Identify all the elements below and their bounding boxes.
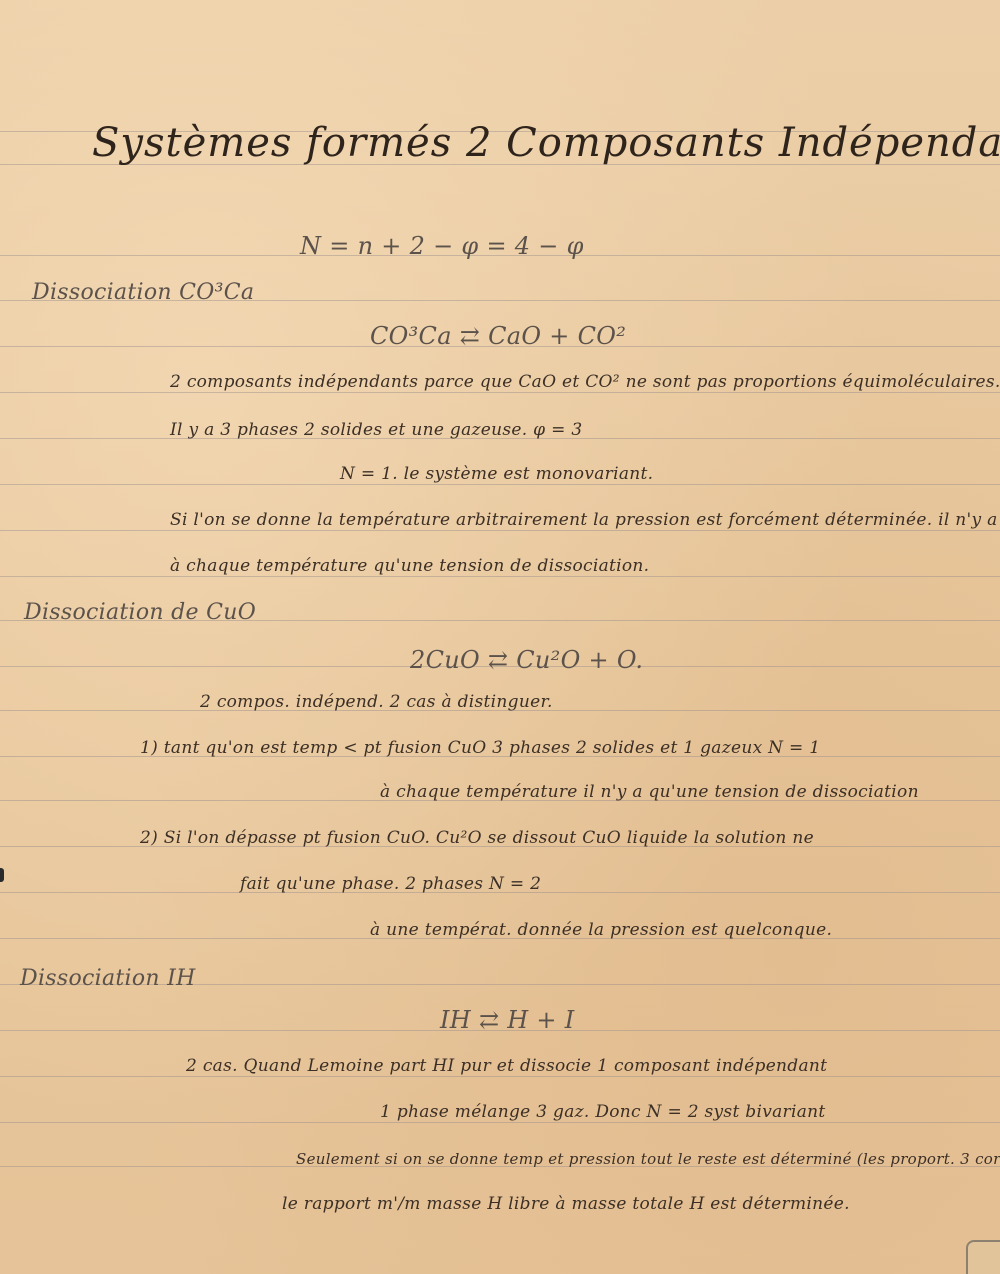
text-line: 1 phase mélange 3 gaz. Donc N = 2 syst b… — [380, 1102, 826, 1122]
section-heading-ih: Dissociation IH — [20, 966, 196, 991]
page-title: Systèmes formés 2 Composants Indépendant… — [92, 120, 1000, 166]
ruled-line — [0, 530, 1000, 531]
text-line: N = 1. le système est monovariant. — [340, 464, 653, 484]
text-line: à chaque température qu'une tension de d… — [170, 556, 649, 576]
text-line: 2 compos. indépend. 2 cas à distinguer. — [200, 692, 553, 712]
ruled-line — [0, 1076, 1000, 1077]
page-corner-fold — [966, 1240, 1000, 1274]
text-line: 2 cas. Quand Lemoine part HI pur et diss… — [186, 1056, 827, 1076]
equation-cuo: 2CuO ⇄ Cu²O + O. — [410, 646, 643, 674]
text-line: le rapport m'/m masse H libre à masse to… — [282, 1194, 850, 1214]
ruled-line — [0, 392, 1000, 393]
ruled-line — [0, 1122, 1000, 1123]
text-line: 2 composants indépendants parce que CaO … — [170, 372, 1000, 392]
phase-rule-formula: N = n + 2 − φ = 4 − φ — [300, 232, 584, 260]
ruled-line — [0, 484, 1000, 485]
binding-mark — [0, 868, 4, 882]
manuscript-page: Systèmes formés 2 Composants Indépendant… — [0, 0, 1000, 1274]
text-line: Il y a 3 phases 2 solides et une gazeuse… — [170, 420, 582, 440]
section-heading-cuo: Dissociation de CuO — [24, 600, 256, 625]
equation-coca: CO³Ca ⇄ CaO + CO² — [370, 322, 626, 350]
text-line: 1) tant qu'on est temp < pt fusion CuO 3… — [140, 738, 820, 758]
text-line: Seulement si on se donne temp et pressio… — [296, 1150, 1000, 1168]
text-line: Si l'on se donne la température arbitrai… — [170, 510, 998, 530]
text-line: fait qu'une phase. 2 phases N = 2 — [240, 874, 541, 894]
ruled-line — [0, 576, 1000, 577]
text-line: à chaque température il n'y a qu'une ten… — [380, 782, 919, 802]
text-line: à une températ. donnée la pression est q… — [370, 920, 832, 940]
equation-ih: IH ⇄ H + I — [440, 1006, 575, 1034]
text-line: 2) Si l'on dépasse pt fusion CuO. Cu²O s… — [140, 828, 814, 848]
section-heading-coca: Dissociation CO³Ca — [32, 280, 254, 305]
